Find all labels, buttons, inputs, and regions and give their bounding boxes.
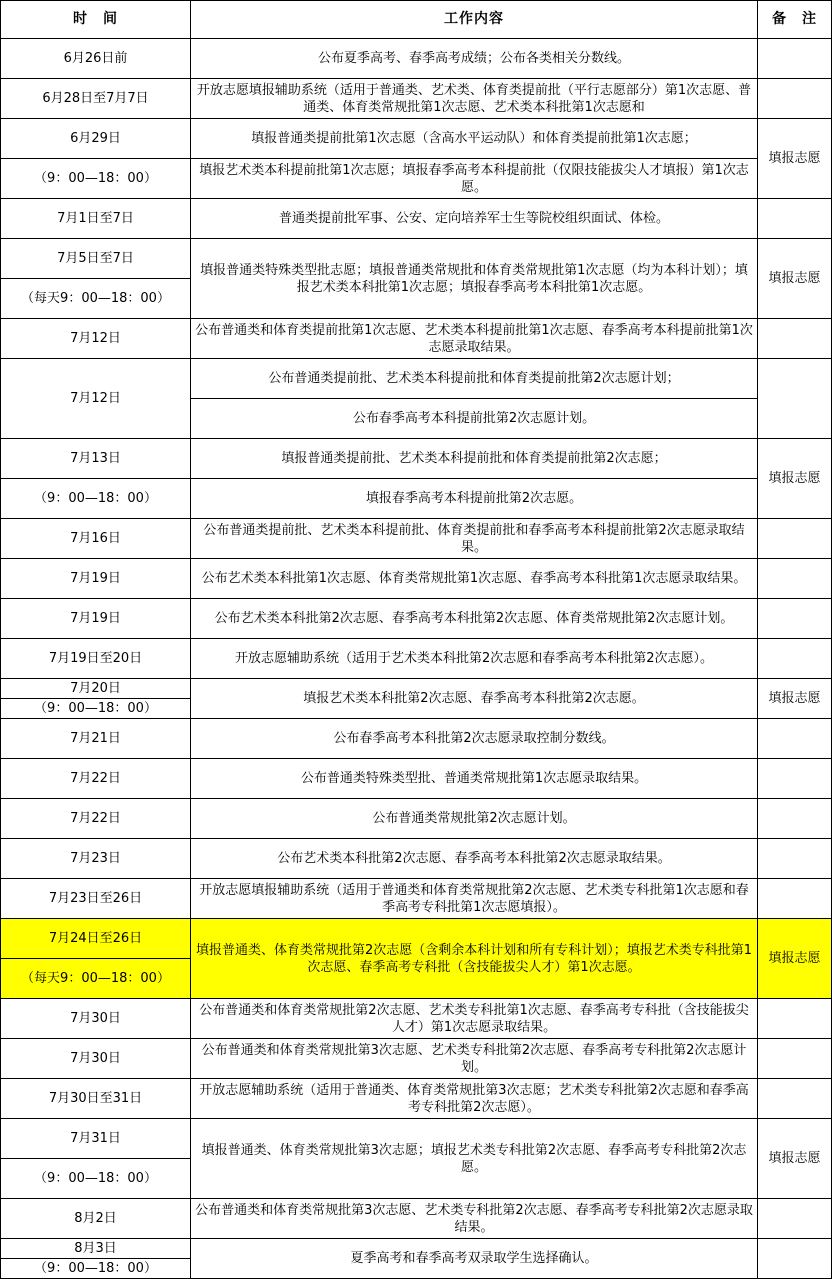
content-cell: 公布普通类和体育类常规批第2次志愿、艺术类专科批第1次志愿、春季高考专科批（含技… — [190, 998, 758, 1039]
time-cell: 7月23日 — [0, 838, 191, 879]
time-cell: （9：00—18：00） — [0, 1258, 191, 1279]
time-cell: 7月30日至31日 — [0, 1078, 191, 1119]
note-cell — [757, 358, 832, 439]
note-cell — [757, 518, 832, 559]
note-cell — [757, 1238, 832, 1279]
time-cell: 7月30日 — [0, 1038, 191, 1079]
time-cell: （9：00—18：00） — [0, 478, 191, 519]
time-cell: 7月20日 — [0, 678, 191, 699]
content-cell: 公布艺术类本科批第1次志愿、体育类常规批第1次志愿、春季高考本科批第1次志愿录取… — [190, 558, 758, 599]
time-cell: 7月19日 — [0, 598, 191, 639]
content-cell: 公布普通类常规批第2次志愿计划。 — [190, 798, 758, 839]
content-cell: 公布普通类和体育类常规批第3次志愿、艺术类专科批第2次志愿、春季高考专科批第2次… — [190, 1198, 758, 1239]
content-cell: 公布普通类特殊类型批、普通类常规批第1次志愿录取结果。 — [190, 758, 758, 799]
content-cell: 填报艺术类本科提前批第1次志愿；填报春季高考本科提前批（仅限技能拔尖人才填报）第… — [190, 158, 758, 199]
note-cell — [757, 718, 832, 759]
note-cell — [757, 1038, 832, 1079]
content-cell: 开放志愿填报辅助系统（适用于普通类和体育类常规批第2次志愿、艺术类专科批第1次志… — [190, 878, 758, 919]
content-cell: 公布艺术类本科批第2次志愿、春季高考本科批第2次志愿录取结果。 — [190, 838, 758, 879]
note-cell — [757, 878, 832, 919]
admission-schedule-table: 时 间 工作内容 备 注 6月26日前 6月28日至7月7日 6月29日 （9：… — [0, 0, 832, 1279]
content-cell: 开放志愿辅助系统（适用于艺术类本科批第2次志愿和春季高考本科批第2次志愿）。 — [190, 638, 758, 679]
content-cell: 公布普通类和体育类提前批第1次志愿、艺术类本科提前批第1次志愿、春季高考本科提前… — [190, 318, 758, 359]
content-cell: 公布普通类提前批、艺术类本科提前批和体育类提前批第2次志愿计划； — [190, 358, 758, 399]
content-cell: 公布夏季高考、春季高考成绩；公布各类相关分数线。 — [190, 38, 758, 79]
content-cell: 公布普通类提前批、艺术类本科提前批、体育类提前批和春季高考本科提前批第2次志愿录… — [190, 518, 758, 559]
note-cell — [757, 38, 832, 79]
note-cell — [757, 198, 832, 239]
content-cell: 开放志愿填报辅助系统（适用于普通类、艺术类、体育类提前批（平行志愿部分）第1次志… — [190, 78, 758, 119]
time-cell: 6月28日至7月7日 — [0, 78, 191, 119]
header-content: 工作内容 — [190, 0, 758, 39]
time-cell: 6月26日前 — [0, 38, 191, 79]
content-cell: 普通类提前批军事、公安、定向培养军士生等院校组织面试、体检。 — [190, 198, 758, 239]
time-cell: 7月22日 — [0, 758, 191, 799]
note-cell-highlighted: 填报志愿 — [757, 918, 832, 999]
note-cell — [757, 1198, 832, 1239]
time-cell: 7月23日至26日 — [0, 878, 191, 919]
header-note: 备 注 — [757, 0, 832, 39]
note-cell — [757, 998, 832, 1039]
time-cell-highlighted: （每天9：00—18：00） — [0, 958, 191, 999]
time-cell: （9：00—18：00） — [0, 698, 191, 719]
time-cell: 7月5日至7日 — [0, 238, 191, 279]
time-cell: 6月29日 — [0, 118, 191, 159]
time-cell: 7月12日 — [0, 358, 191, 439]
note-cell — [757, 838, 832, 879]
time-cell: 8月3日 — [0, 1238, 191, 1259]
content-cell: 填报普通类提前批、艺术类本科提前批和体育类提前批第2次志愿； — [190, 438, 758, 479]
content-cell: 公布春季高考本科批第2次志愿录取控制分数线。 — [190, 718, 758, 759]
content-cell: 夏季高考和春季高考双录取学生选择确认。 — [190, 1238, 758, 1279]
content-cell: 公布春季高考本科提前批第2次志愿计划。 — [190, 398, 758, 439]
content-cell: 开放志愿辅助系统（适用于普通类、体育类常规批第3次志愿；艺术类专科批第2次志愿和… — [190, 1078, 758, 1119]
note-cell: 填报志愿 — [757, 678, 832, 719]
note-cell: 填报志愿 — [757, 238, 832, 319]
note-cell — [757, 78, 832, 119]
content-cell: 公布普通类和体育类常规批第3次志愿、艺术类专科批第2次志愿、春季高考专科批第2次… — [190, 1038, 758, 1079]
note-cell: 填报志愿 — [757, 1118, 832, 1199]
note-cell — [757, 318, 832, 359]
content-cell: 填报普通类特殊类型批志愿；填报普通类常规批和体育类常规批第1次志愿（均为本科计划… — [190, 238, 758, 319]
time-cell: 7月16日 — [0, 518, 191, 559]
time-cell: （9：00—18：00） — [0, 158, 191, 199]
time-cell: 7月31日 — [0, 1118, 191, 1159]
content-cell: 填报普通类、体育类常规批第3次志愿；填报艺术类专科批第2次志愿、春季高考专科批第… — [190, 1118, 758, 1199]
time-cell: 8月2日 — [0, 1198, 191, 1239]
content-cell: 公布艺术类本科批第2次志愿、春季高考本科批第2次志愿、体育类常规批第2次志愿计划… — [190, 598, 758, 639]
time-cell: 7月19日至20日 — [0, 638, 191, 679]
note-cell — [757, 798, 832, 839]
time-cell: 7月1日至7日 — [0, 198, 191, 239]
note-cell — [757, 638, 832, 679]
note-cell — [757, 558, 832, 599]
content-cell: 填报春季高考本科提前批第2次志愿。 — [190, 478, 758, 519]
time-cell: 7月30日 — [0, 998, 191, 1039]
time-cell-highlighted: 7月24日至26日 — [0, 918, 191, 959]
time-cell: 7月21日 — [0, 718, 191, 759]
time-cell: （9：00—18：00） — [0, 1158, 191, 1199]
time-cell: 7月22日 — [0, 798, 191, 839]
content-cell: 填报艺术类本科批第2次志愿、春季高考本科批第2次志愿。 — [190, 678, 758, 719]
note-cell — [757, 758, 832, 799]
header-time: 时 间 — [0, 0, 191, 39]
time-cell: 7月13日 — [0, 438, 191, 479]
time-cell: 7月19日 — [0, 558, 191, 599]
content-cell: 填报普通类提前批第1次志愿（含高水平运动队）和体育类提前批第1次志愿； — [190, 118, 758, 159]
time-cell: 7月12日 — [0, 318, 191, 359]
note-cell — [757, 598, 832, 639]
content-cell-highlighted: 填报普通类、体育类常规批第2次志愿（含剩余本科计划和所有专科计划）；填报艺术类专… — [190, 918, 758, 999]
note-cell: 填报志愿 — [757, 438, 832, 519]
note-cell — [757, 1078, 832, 1119]
note-cell: 填报志愿 — [757, 118, 832, 199]
time-cell: （每天9：00—18：00） — [0, 278, 191, 319]
